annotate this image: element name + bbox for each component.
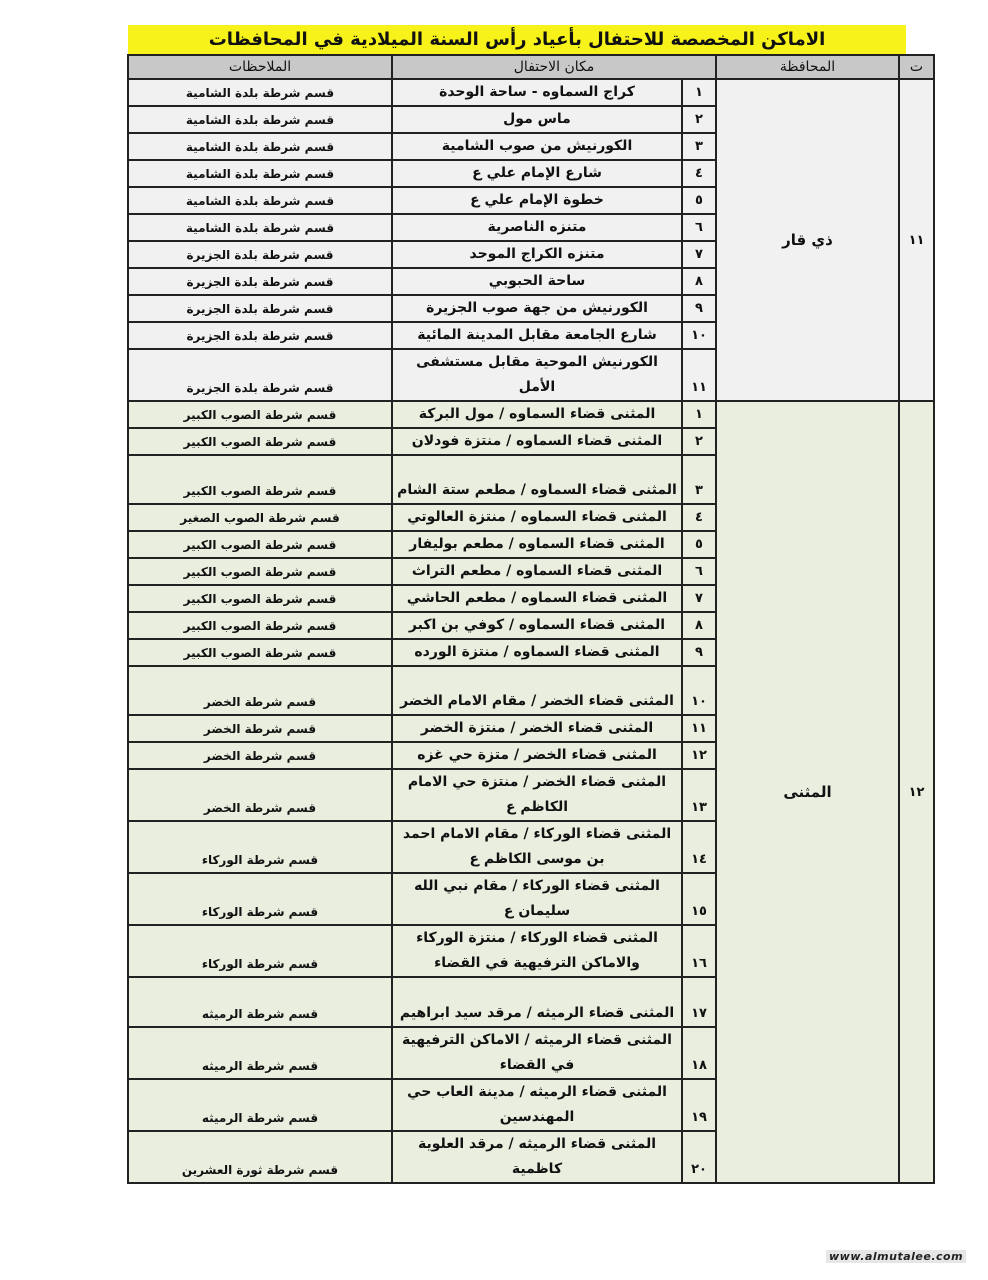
police-note: قسم شرطة الخضر xyxy=(128,742,392,769)
celebration-place: المثنى قضاء الخضر / متزة حي غزه xyxy=(392,742,682,769)
police-note: قسم شرطة بلدة الجزيرة xyxy=(128,295,392,322)
row-index: ٨ xyxy=(682,612,716,639)
row-index: ٢٠ xyxy=(682,1131,716,1183)
celebration-place: كراج السماوه - ساحة الوحدة xyxy=(392,79,682,106)
watermark: www.almutalee.com xyxy=(826,1250,966,1263)
row-index: ١٨ xyxy=(682,1027,716,1079)
row-index: ١٠ xyxy=(682,666,716,715)
police-note: قسم شرطة بلدة الشامية xyxy=(128,214,392,241)
celebration-place: المثنى قضاء الوركاء / مقام نبي الله سليم… xyxy=(392,873,682,925)
row-index: ١٩ xyxy=(682,1079,716,1131)
row-index: ٧ xyxy=(682,585,716,612)
celebration-place: الكورنيش من جهة صوب الجزيرة xyxy=(392,295,682,322)
header-province: المحافظة xyxy=(716,55,899,79)
police-note: قسم شرطة بلدة الجزيرة xyxy=(128,349,392,401)
celebration-place: المثنى قضاء السماوه / منتزة العالوتي xyxy=(392,504,682,531)
row-index: ٤ xyxy=(682,504,716,531)
celebration-place: خطوة الإمام علي ع xyxy=(392,187,682,214)
row-index: ١٧ xyxy=(682,977,716,1027)
celebration-place: المثنى قضاء الخضر / مقام الامام الخضر xyxy=(392,666,682,715)
row-index: ٨ xyxy=(682,268,716,295)
header-num: ت xyxy=(899,55,934,79)
police-note: قسم شرطة بلدة الشامية xyxy=(128,160,392,187)
header-place: مكان الاحتفال xyxy=(392,55,716,79)
row-index: ٥ xyxy=(682,531,716,558)
police-note: قسم شرطة الخضر xyxy=(128,715,392,742)
celebration-place: الكورنيش الموحية مقابل مستشفى الأمل xyxy=(392,349,682,401)
row-index: ١٦ xyxy=(682,925,716,977)
police-note: قسم شرطة الخضر xyxy=(128,666,392,715)
table-row: ١١ذي قار١كراج السماوه - ساحة الوحدةقسم ش… xyxy=(128,79,934,106)
row-index: ١١ xyxy=(682,715,716,742)
police-note: قسم شرطة بلدة الجزيرة xyxy=(128,241,392,268)
table-header-row: ت المحافظة مكان الاحتفال الملاحظات xyxy=(128,55,934,79)
police-note: قسم شرطة الوركاء xyxy=(128,821,392,873)
police-note: قسم شرطة الصوب الكبير xyxy=(128,585,392,612)
row-index: ٣ xyxy=(682,455,716,504)
celebration-place: المثنى قضاء الرميثه / مدينة العاب حي الم… xyxy=(392,1079,682,1131)
province-name: المثنى xyxy=(716,401,899,1183)
celebration-place: المثنى قضاء السماوه / مطعم الحاشي xyxy=(392,585,682,612)
celebration-place: المثنى قضاء الخضر / منتزة الخضر xyxy=(392,715,682,742)
header-notes: الملاحظات xyxy=(128,55,392,79)
celebration-place: متنزه الكراج الموحد xyxy=(392,241,682,268)
police-note: قسم شرطة بلدة الشامية xyxy=(128,106,392,133)
document-title: الاماكن المخصصة للاحتفال بأعياد رأس السن… xyxy=(128,25,906,54)
celebration-place: متنزه الناصرية xyxy=(392,214,682,241)
row-index: ١٠ xyxy=(682,322,716,349)
celebration-place: ماس مول xyxy=(392,106,682,133)
police-note: قسم شرطة الرميثه xyxy=(128,1079,392,1131)
row-index: ٤ xyxy=(682,160,716,187)
celebration-place: المثنى قضاء الرميثه / مرقد سيد ابراهيم xyxy=(392,977,682,1027)
celebration-place: شارع الإمام علي ع xyxy=(392,160,682,187)
row-index: ١٥ xyxy=(682,873,716,925)
police-note: قسم شرطة الصوب الصغير xyxy=(128,504,392,531)
row-index: ١٢ xyxy=(682,742,716,769)
police-note: قسم شرطة بلدة الجزيرة xyxy=(128,268,392,295)
row-index: ٩ xyxy=(682,295,716,322)
police-note: قسم شرطة الخضر xyxy=(128,769,392,821)
celebration-place: المثنى قضاء السماوه / منتزة فودلان xyxy=(392,428,682,455)
police-note: قسم شرطة الصوب الكبير xyxy=(128,639,392,666)
police-note: قسم شرطة الصوب الكبير xyxy=(128,612,392,639)
police-note: قسم شرطة بلدة الشامية xyxy=(128,133,392,160)
police-note: قسم شرطة ثورة العشرين xyxy=(128,1131,392,1183)
celebration-place: المثنى قضاء السماوه / مول البركة xyxy=(392,401,682,428)
police-note: قسم شرطة الصوب الكبير xyxy=(128,428,392,455)
police-note: قسم شرطة بلدة الشامية xyxy=(128,79,392,106)
police-note: قسم شرطة الصوب الكبير xyxy=(128,558,392,585)
row-index: ٦ xyxy=(682,214,716,241)
celebration-place: المثنى قضاء الخضر / منتزة حي الامام الكا… xyxy=(392,769,682,821)
celebration-place: المثنى قضاء السماوه / كوفي بن اكبر xyxy=(392,612,682,639)
row-index: ٥ xyxy=(682,187,716,214)
police-note: قسم شرطة الرميثه xyxy=(128,977,392,1027)
celebration-place: ساحة الحبوبي xyxy=(392,268,682,295)
celebration-place: المثنى قضاء السماوه / منتزة الورده xyxy=(392,639,682,666)
row-index: ١ xyxy=(682,79,716,106)
province-number: ١٢ xyxy=(899,401,934,1183)
row-index: ٣ xyxy=(682,133,716,160)
celebration-place: المثنى قضاء الوركاء / منتزة الوركاء والا… xyxy=(392,925,682,977)
police-note: قسم شرطة الصوب الكبير xyxy=(128,531,392,558)
police-note: قسم شرطة الصوب الكبير xyxy=(128,401,392,428)
row-index: ٦ xyxy=(682,558,716,585)
police-note: قسم شرطة الصوب الكبير xyxy=(128,455,392,504)
police-note: قسم شرطة الرميثه xyxy=(128,1027,392,1079)
police-note: قسم شرطة بلدة الشامية xyxy=(128,187,392,214)
row-index: ١٣ xyxy=(682,769,716,821)
celebration-place: الكورنيش من صوب الشامية xyxy=(392,133,682,160)
province-name: ذي قار xyxy=(716,79,899,401)
row-index: ٢ xyxy=(682,106,716,133)
row-index: ٧ xyxy=(682,241,716,268)
celebration-place: المثنى قضاء الرميثه / مرقد العلوية كاظمي… xyxy=(392,1131,682,1183)
police-note: قسم شرطة بلدة الجزيرة xyxy=(128,322,392,349)
row-index: ١١ xyxy=(682,349,716,401)
police-note: قسم شرطة الوركاء xyxy=(128,925,392,977)
celebration-place: المثنى قضاء الوركاء / مقام الامام احمد ب… xyxy=(392,821,682,873)
province-number: ١١ xyxy=(899,79,934,401)
celebration-place: المثنى قضاء السماوه / مطعم بوليفار xyxy=(392,531,682,558)
celebration-place: المثنى قضاء السماوه / مطعم ستة الشام xyxy=(392,455,682,504)
celebration-place: شارع الجامعة مقابل المدينة المائية xyxy=(392,322,682,349)
row-index: ١٤ xyxy=(682,821,716,873)
celebration-place: المثنى قضاء السماوه / مطعم التراث xyxy=(392,558,682,585)
row-index: ٢ xyxy=(682,428,716,455)
celebration-place: المثنى قضاء الرميثه / الاماكن الترفيهية … xyxy=(392,1027,682,1079)
row-index: ١ xyxy=(682,401,716,428)
table-row: ١٢المثنى١المثنى قضاء السماوه / مول البرك… xyxy=(128,401,934,428)
police-note: قسم شرطة الوركاء xyxy=(128,873,392,925)
celebration-places-table: ت المحافظة مكان الاحتفال الملاحظات ١١ذي … xyxy=(127,54,935,1184)
row-index: ٩ xyxy=(682,639,716,666)
